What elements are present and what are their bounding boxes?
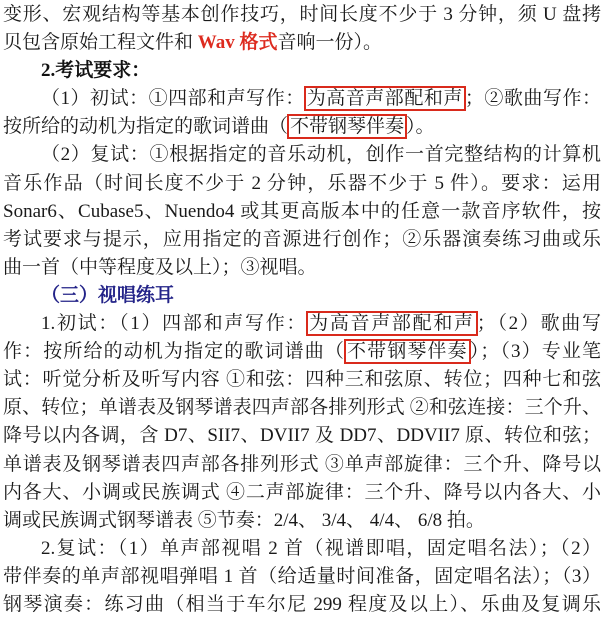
text-line: 调或民族调式钢琴谱表 ⑤节奏：2/4、 3/4、 4/4、 6/8 拍。 (3, 507, 601, 535)
section-heading-sight-singing: （三）视唱练耳 (41, 285, 174, 306)
text-line: 贝包含原始工程文件和 Wav 格式音响一份）。 (3, 29, 601, 57)
body-text: （1）初试：①四部和声写作： (41, 88, 305, 109)
text-line: 降号以内各调，含 D7、SII7、DVII7 及 DD7、DDVII7 原、转位… (3, 422, 601, 450)
red-boxed-phrase: 为高音声部配和声 (306, 311, 478, 336)
body-text: 带伴奏的单声部视唱弹唱 1 首（给适量时间准备，固定唱名法）；（3） (3, 566, 601, 587)
body-text: 钢琴演奏：练习曲（相当于车尔尼 299 程度及以上）、乐曲及复调乐 (3, 594, 601, 615)
text-line: 单谱表及钢琴谱表四声部各排列形式 ③单声部旋律：三个升、降号以 (3, 451, 601, 479)
text-line: 钢琴演奏：练习曲（相当于车尔尼 299 程度及以上）、乐曲及复调乐 (3, 591, 601, 619)
body-text: 1.初试：（1）四部和声写作： (41, 313, 307, 334)
text-line: 试：听觉分析及听写内容 ①和弦：四种三和弦原、转位；四种七和弦 (3, 366, 601, 394)
text-line: 考试要求与提示，应用指定的音源进行创作；②乐器演奏练习曲或乐 (3, 226, 601, 254)
body-text: 降号以内各调，含 D7、SII7、DVII7 及 DD7、DDVII7 原、转位… (3, 425, 601, 446)
body-text: （2）复试：①根据指定的音乐动机，创作一首完整结构的计算机 (41, 144, 601, 165)
body-text: 试：听觉分析及听写内容 ①和弦：四种三和弦原、转位；四种七和弦 (3, 369, 601, 390)
red-highlight-text: Wav 格式 (198, 32, 278, 53)
body-text: 单谱表及钢琴谱表四声部各排列形式 ③单声部旋律：三个升、降号以 (3, 454, 601, 475)
body-text: 贝包含原始工程文件和 (3, 32, 198, 53)
body-text: 音响一份）。 (277, 32, 382, 53)
text-line: 内各大、小调或民族调式 ④二声部旋律：三个升、降号以内各大、小 (3, 479, 601, 507)
body-text: 作：按所给的动机为指定的歌词谱曲（ (3, 341, 345, 362)
red-boxed-phrase: 不带钢琴伴奏 (287, 114, 407, 139)
body-text: 原、转位；单谱表及钢琴谱表四声部各排列形式 ②和弦连接：三个升、 (3, 397, 601, 418)
text-line: 变形、宏观结构等基本创作技巧，时间长度不少于 3 分钟，须 U 盘拷 (3, 1, 601, 29)
body-text: 调或民族调式钢琴谱表 ⑤节奏：2/4、 3/4、 4/4、 6/8 拍。 (3, 510, 485, 531)
text-line: （三）视唱练耳 (3, 282, 601, 310)
text-line: Sonar6、Cubase5、Nuendo4 或其更高版本中的任意一款音序软件，… (3, 198, 601, 226)
text-line: 按所给的动机为指定的歌词谱曲（不带钢琴伴奏）。 (3, 113, 601, 141)
text-line: 原、转位；单谱表及钢琴谱表四声部各排列形式 ②和弦连接：三个升、 (3, 394, 601, 422)
text-line: 作：按所给的动机为指定的歌词谱曲（不带钢琴伴奏）；（3）专业笔 (3, 338, 601, 366)
body-text: 2.复试：（1）单声部视唱 2 首（视谱即唱，固定唱名法）；（2） (41, 538, 601, 559)
text-line: 音乐作品（时间长度不少于 2 分钟，乐器不少于 5 件）。要求：运用 (3, 170, 601, 198)
red-boxed-phrase: 不带钢琴伴奏 (344, 339, 471, 364)
text-line: 曲一首（中等程度及以上）；③视唱。 (3, 254, 601, 282)
body-text: Sonar6、Cubase5、Nuendo4 或其更高版本中的任意一款音序软件，… (3, 201, 601, 222)
document-page: 变形、宏观结构等基本创作技巧，时间长度不少于 3 分钟，须 U 盘拷贝包含原始工… (0, 0, 605, 621)
body-text: ）。 (406, 116, 435, 137)
red-boxed-phrase: 为高音声部配和声 (304, 86, 466, 111)
text-line: 带伴奏的单声部视唱弹唱 1 首（给适量时间准备，固定唱名法）；（3） (3, 563, 601, 591)
body-text: 按所给的动机为指定的歌词谱曲（ (3, 116, 288, 137)
text-line: （2）复试：①根据指定的音乐动机，创作一首完整结构的计算机 (3, 141, 601, 169)
body-text: 曲一首（中等程度及以上）；③视唱。 (3, 257, 317, 278)
text-line: 1.初试：（1）四部和声写作：为高音声部配和声；（2）歌曲写 (3, 310, 601, 338)
text-line: 2.复试：（1）单声部视唱 2 首（视谱即唱，固定唱名法）；（2） (3, 535, 601, 563)
body-text: 考试要求与提示，应用指定的音源进行创作；②乐器演奏练习曲或乐 (3, 229, 601, 250)
body-text: 音乐作品（时间长度不少于 2 分钟，乐器不少于 5 件）。要求：运用 (3, 173, 601, 194)
text-line: （1）初试：①四部和声写作：为高音声部配和声；②歌曲写作： (3, 85, 601, 113)
body-text: ；（2）歌曲写 (477, 313, 601, 334)
body-text: ；②歌曲写作： (465, 88, 601, 109)
text-line: 2.考试要求： (3, 57, 601, 85)
body-text: ）；（3）专业笔 (470, 341, 601, 362)
exam-requirements-heading: 2.考试要求： (41, 60, 150, 81)
body-text: 变形、宏观结构等基本创作技巧，时间长度不少于 3 分钟，须 U 盘拷 (3, 4, 601, 25)
body-text: 内各大、小调或民族调式 ④二声部旋律：三个升、降号以内各大、小 (3, 482, 601, 503)
